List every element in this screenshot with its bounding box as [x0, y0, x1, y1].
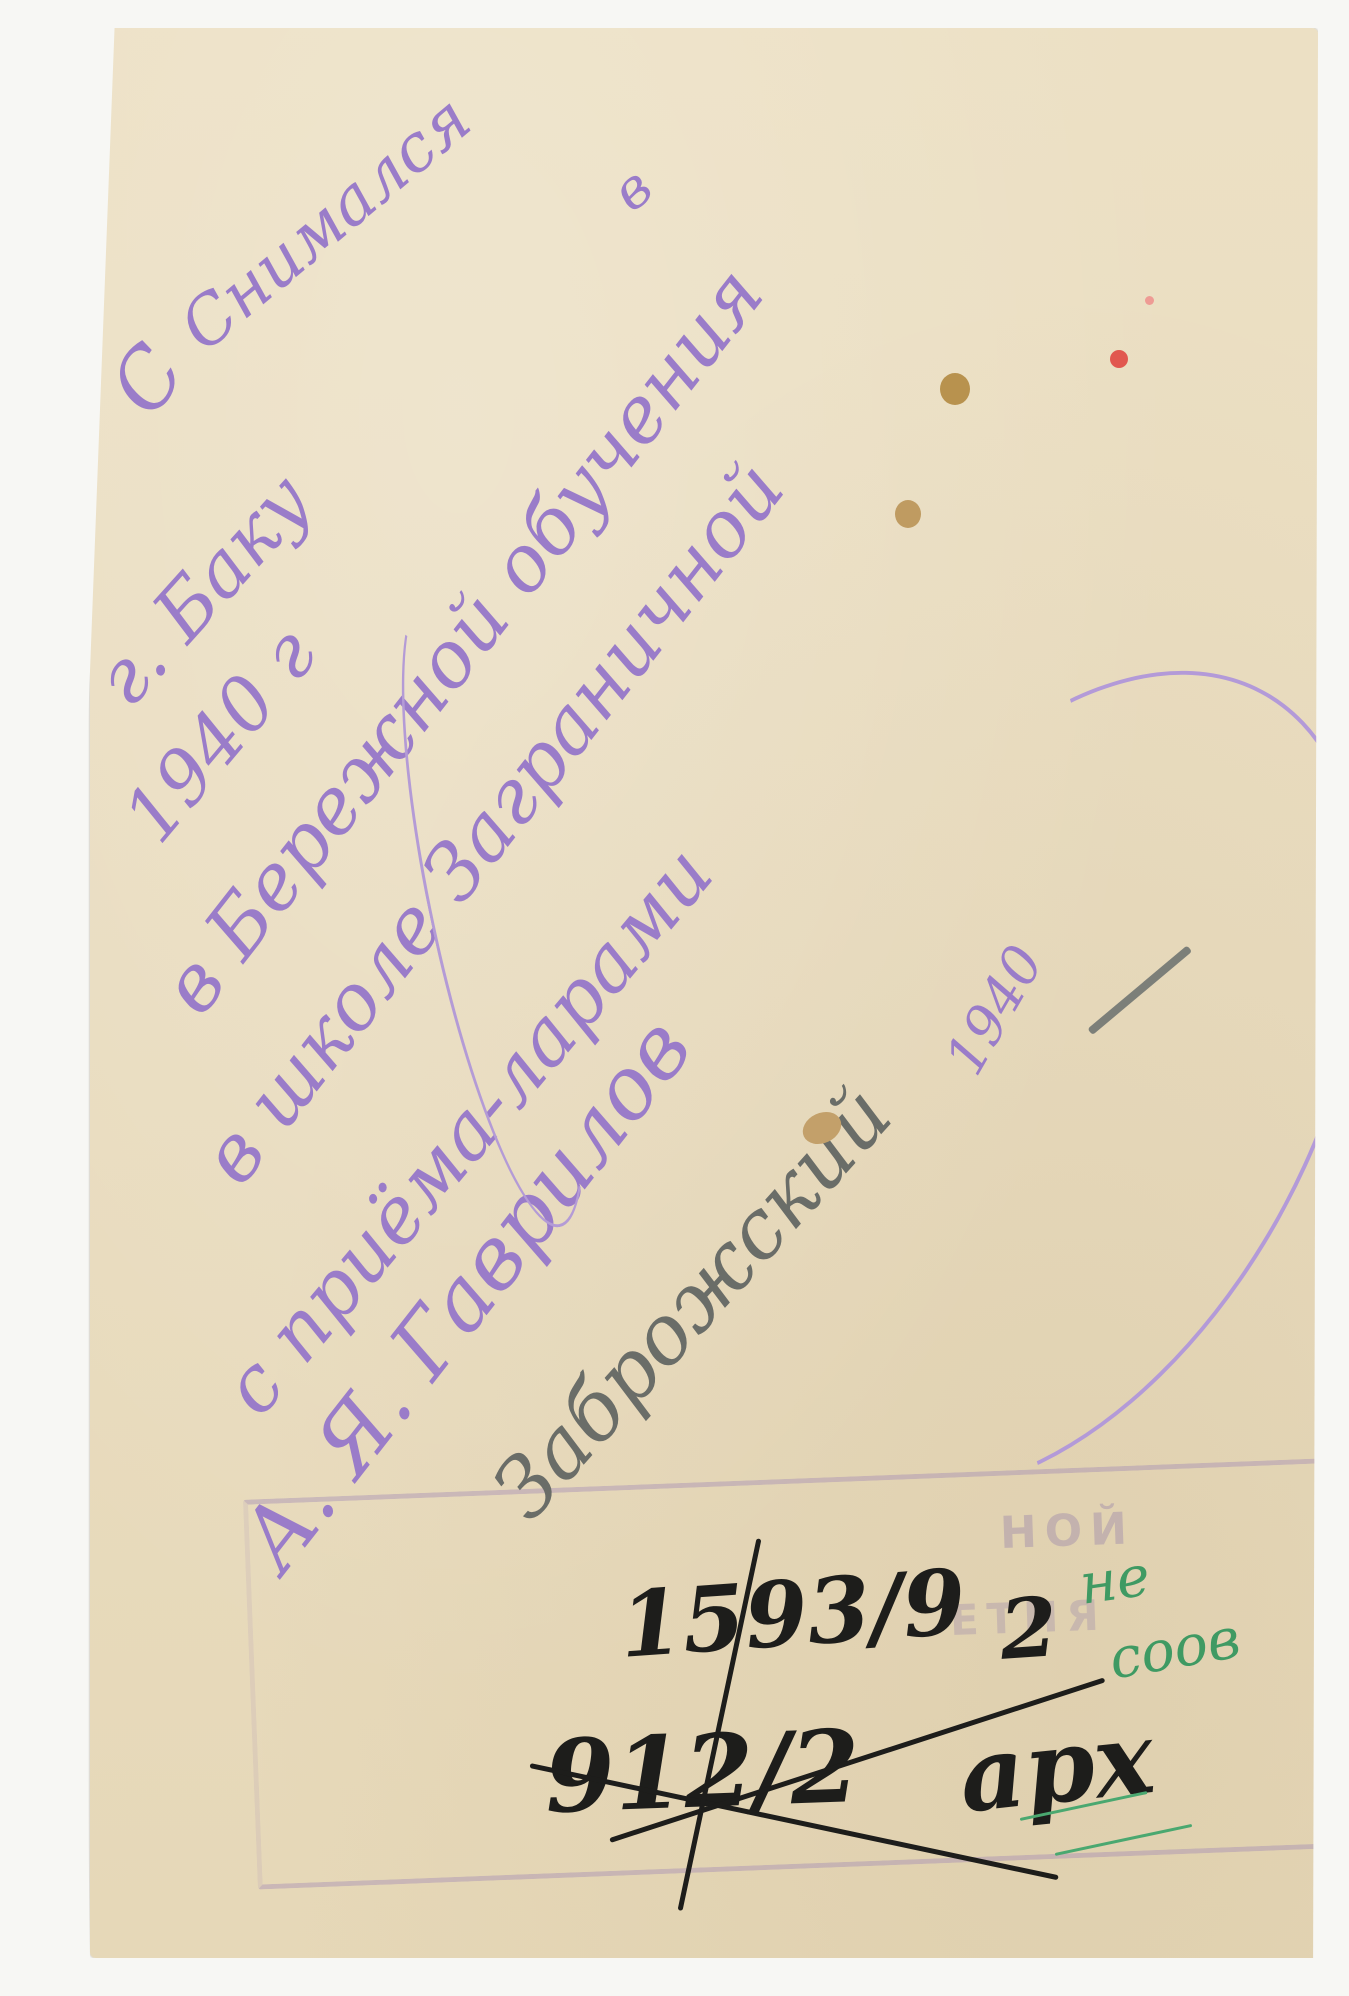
red-dot [1110, 350, 1128, 368]
handwriting-line-1-note: в [600, 155, 665, 223]
stain [940, 373, 970, 405]
handwriting-line-1: Снимался [165, 80, 485, 366]
archive-number-suffix: 2 [997, 1579, 1061, 1679]
green-note-line1: не [1075, 1544, 1153, 1618]
stain [895, 500, 921, 528]
signature-flourish [612, 566, 1349, 1598]
photo-card-back: НОЙ ЕТНЯ С Снимался в г. Баку 1940 г в Б… [90, 28, 1318, 1958]
handwriting-circle-mark: С [92, 328, 203, 431]
red-dot [1145, 296, 1154, 305]
